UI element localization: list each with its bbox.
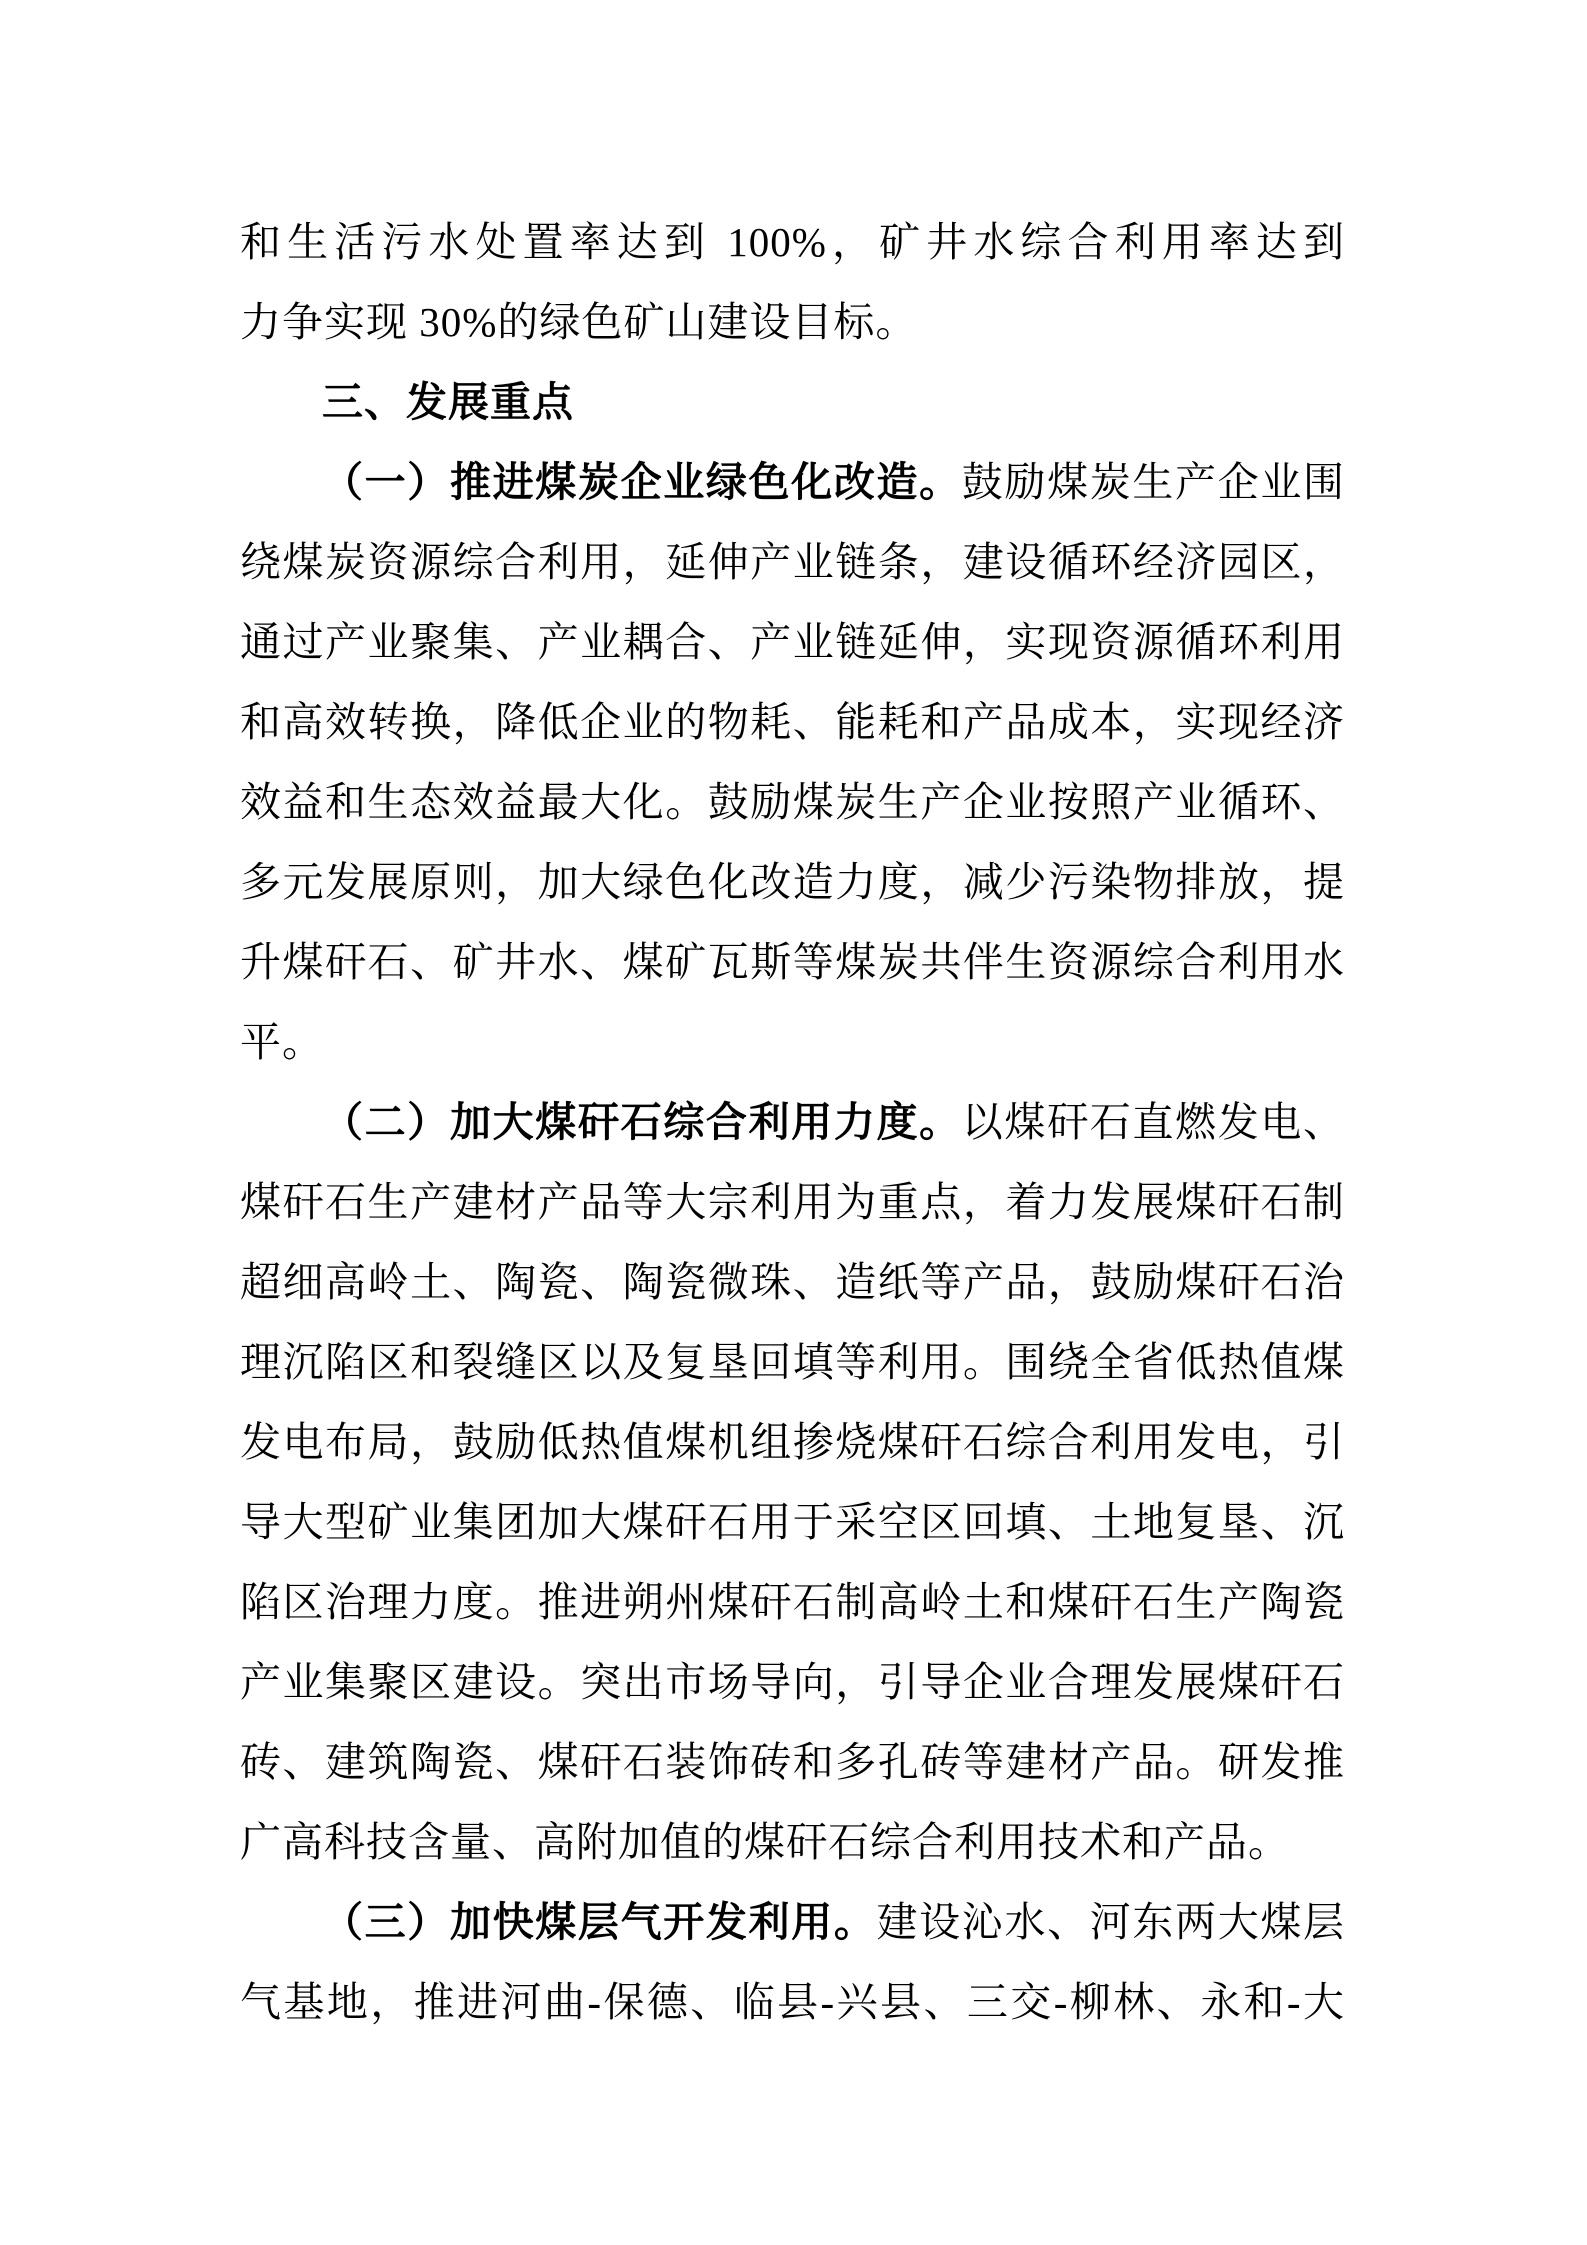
line-text: 以煤矸石直燃发电、 — [962, 1099, 1345, 1145]
text-line: 平。 — [240, 1002, 1345, 1082]
section-heading: 三、发展重点 — [240, 362, 1345, 442]
line-text: 鼓励煤炭生产企业围 — [962, 459, 1345, 505]
line-text: 导大型矿业集团加大煤矸石用于采空区回填、土地复垦、沉 — [240, 1499, 1345, 1545]
line-text: 砖、建筑陶瓷、煤矸石装饰砖和多孔砖等建材产品。研发推 — [240, 1739, 1345, 1785]
line-text: 力争实现 30%的绿色矿山建设目标。 — [240, 299, 917, 345]
paragraph-lead: （一）推进煤炭企业绿色化改造。 — [322, 459, 962, 505]
paragraph-lead: （二）加大煤矸石综合利用力度。 — [322, 1099, 962, 1145]
line-text: 和高效转换，降低企业的物耗、能耗和产品成本，实现经济 — [240, 699, 1345, 745]
line-text: 超细高岭土、陶瓷、陶瓷微珠、造纸等产品，鼓励煤矸石治 — [240, 1259, 1345, 1305]
text-line: （三）加快煤层气开发利用。建设沁水、河东两大煤层 — [240, 1882, 1345, 1962]
text-block: 和生活污水处置率达到 100%，矿井水综合利用率达到 90%， 力争实现 30%… — [240, 202, 1345, 2042]
line-text: 通过产业聚集、产业耦合、产业链延伸，实现资源循环利用 — [240, 619, 1345, 665]
text-line: （一）推进煤炭企业绿色化改造。鼓励煤炭生产企业围 — [240, 442, 1345, 522]
text-line: 产业集聚区建设。突出市场导向，引导企业合理发展煤矸石 — [240, 1642, 1345, 1722]
text-line: 砖、建筑陶瓷、煤矸石装饰砖和多孔砖等建材产品。研发推 — [240, 1722, 1345, 1802]
line-text: 绕煤炭资源综合利用，延伸产业链条，建设循环经济园区， — [240, 539, 1345, 585]
text-line: 升煤矸石、矿井水、煤矿瓦斯等煤炭共伴生资源综合利用水 — [240, 922, 1345, 1002]
text-line: 力争实现 30%的绿色矿山建设目标。 — [240, 282, 1345, 362]
text-line: 陷区治理力度。推进朔州煤矸石制高岭土和煤矸石生产陶瓷 — [240, 1562, 1345, 1642]
line-text: 效益和生态效益最大化。鼓励煤炭生产企业按照产业循环、 — [240, 779, 1345, 825]
text-line: 超细高岭土、陶瓷、陶瓷微珠、造纸等产品，鼓励煤矸石治 — [240, 1242, 1345, 1322]
text-line: 效益和生态效益最大化。鼓励煤炭生产企业按照产业循环、 — [240, 762, 1345, 842]
line-text: 理沉陷区和裂缝区以及复垦回填等利用。围绕全省低热值煤 — [240, 1339, 1345, 1385]
line-text: 建设沁水、河东两大煤层 — [876, 1899, 1345, 1945]
line-text: 平。 — [240, 1019, 324, 1065]
line-text: 煤矸石生产建材产品等大宗利用为重点，着力发展煤矸石制 — [240, 1179, 1345, 1225]
text-line: 理沉陷区和裂缝区以及复垦回填等利用。围绕全省低热值煤 — [240, 1322, 1345, 1402]
line-text: 产业集聚区建设。突出市场导向，引导企业合理发展煤矸石 — [240, 1659, 1345, 1705]
line-text: 广高科技含量、高附加值的煤矸石综合利用技术和产品。 — [240, 1819, 1290, 1865]
paragraph-lead: （三）加快煤层气开发利用。 — [322, 1899, 876, 1945]
line-text: 陷区治理力度。推进朔州煤矸石制高岭土和煤矸石生产陶瓷 — [240, 1579, 1345, 1625]
line-text: 气基地，推进河曲-保德、临县-兴县、三交-柳林、永和-大宁 — [240, 1979, 1345, 2042]
text-line: 和高效转换，降低企业的物耗、能耗和产品成本，实现经济 — [240, 682, 1345, 762]
text-line: 导大型矿业集团加大煤矸石用于采空区回填、土地复垦、沉 — [240, 1482, 1345, 1562]
line-text: 和生活污水处置率达到 100%，矿井水综合利用率达到 90%， — [240, 219, 1345, 282]
text-line: 通过产业聚集、产业耦合、产业链延伸，实现资源循环利用 — [240, 602, 1345, 682]
text-line: 气基地，推进河曲-保德、临县-兴县、三交-柳林、永和-大宁 — [240, 1962, 1345, 2042]
text-line: 多元发展原则，加大绿色化改造力度，减少污染物排放，提 — [240, 842, 1345, 922]
text-line: （二）加大煤矸石综合利用力度。以煤矸石直燃发电、 — [240, 1082, 1345, 1162]
section-heading-text: 三、发展重点 — [322, 379, 574, 425]
line-text: 升煤矸石、矿井水、煤矿瓦斯等煤炭共伴生资源综合利用水 — [240, 939, 1345, 985]
text-line: 和生活污水处置率达到 100%，矿井水综合利用率达到 90%， — [240, 202, 1345, 282]
text-line: 煤矸石生产建材产品等大宗利用为重点，着力发展煤矸石制 — [240, 1162, 1345, 1242]
document-page: 和生活污水处置率达到 100%，矿井水综合利用率达到 90%， 力争实现 30%… — [0, 0, 1587, 2245]
line-text: 多元发展原则，加大绿色化改造力度，减少污染物排放，提 — [240, 859, 1345, 905]
text-line: 绕煤炭资源综合利用，延伸产业链条，建设循环经济园区， — [240, 522, 1345, 602]
text-line: 广高科技含量、高附加值的煤矸石综合利用技术和产品。 — [240, 1802, 1345, 1882]
text-line: 发电布局，鼓励低热值煤机组掺烧煤矸石综合利用发电，引 — [240, 1402, 1345, 1482]
line-text: 发电布局，鼓励低热值煤机组掺烧煤矸石综合利用发电，引 — [240, 1419, 1345, 1465]
